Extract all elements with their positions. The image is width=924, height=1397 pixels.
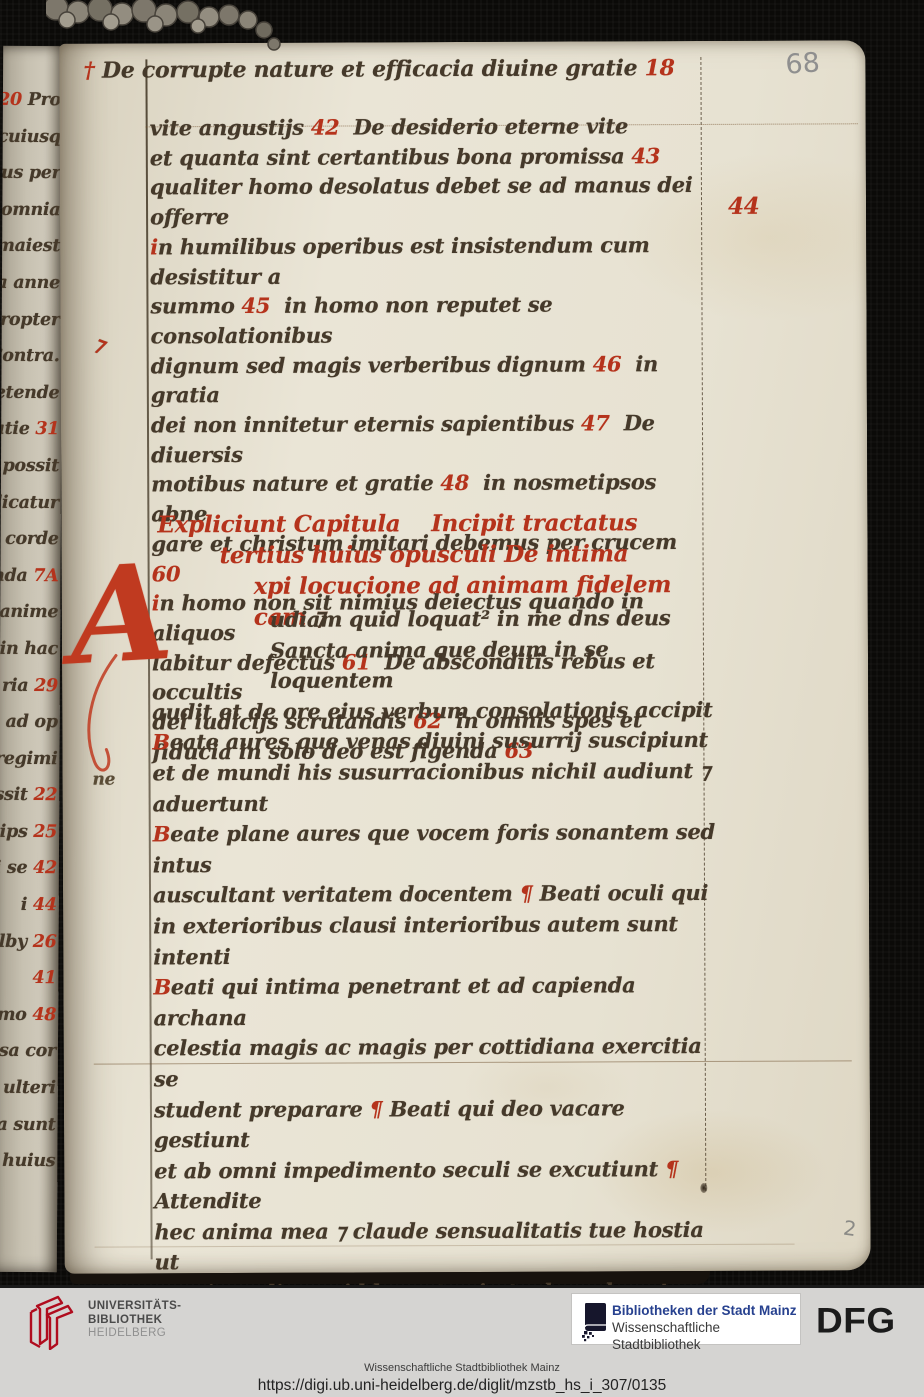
manuscript-text-line: de omnia bbox=[0, 191, 62, 229]
manuscript-text-line: lui se 42 bbox=[0, 849, 59, 887]
body-text: udiam quid loquat² in me dns deusSancta … bbox=[152, 603, 721, 1340]
manuscript-text-line: hec anima mea ⁊ claude sensualitatis tue… bbox=[154, 1215, 720, 1279]
manuscript-text-line: abdicatur bbox=[0, 484, 61, 522]
manuscript-text-line: et ab omni impedimento seculi se excutiu… bbox=[154, 1154, 720, 1218]
folio-number: 68 bbox=[784, 47, 821, 80]
heidelberg-line2: BIBLIOTHEK bbox=[88, 1314, 181, 1328]
manuscript-text-line: petende bbox=[0, 374, 61, 412]
manuscript-text-line: mo 48 bbox=[0, 996, 58, 1034]
manuscript-text-line: i possit 22 bbox=[0, 776, 59, 814]
manuscript-text-line: os maiest bbox=[0, 227, 62, 265]
manuscript-text-line: Contra. bbox=[0, 337, 62, 375]
manuscript-text-line: vite angustijs 42 De desiderio eterne vi… bbox=[150, 111, 706, 143]
manuscript-text-line: auscultant veritatem docentem ¶ Beati oc… bbox=[153, 878, 719, 911]
manuscript-text-line: Beate aures que venas diuini susurrij su… bbox=[152, 725, 718, 758]
heidelberg-line3: HEIDELBERG bbox=[88, 1327, 181, 1341]
manuscript-text-line: g in hac bbox=[0, 630, 60, 668]
manuscript-text-line: quibus per bbox=[0, 154, 63, 192]
manuscript-text-line: su ad op bbox=[0, 703, 60, 741]
manuscript-text-line: ilby 26 bbox=[0, 923, 59, 961]
manuscript-text-line: s et huius bbox=[0, 1142, 57, 1180]
manuscript-text-line: et de mundi his susurracionibus nichil a… bbox=[152, 756, 718, 820]
manuscript-text-line: in humilibus operibus est insistendum cu… bbox=[150, 230, 706, 292]
manuscript-text-line: et quanta sint certantibus bona promissa… bbox=[150, 141, 706, 173]
manuscript-text-line: tertius huius opusculi De intima bbox=[219, 538, 717, 571]
manuscript-text-line: summo 45 in homo non reputet se consolat… bbox=[150, 289, 706, 351]
mainz-book-icon bbox=[580, 1301, 608, 1348]
strip-text: 20 Prode cuiusqquibus perde omniaos maie… bbox=[0, 81, 63, 1180]
manuscript-text-line: qualiter homo desolatus debet se ad manu… bbox=[150, 170, 706, 232]
facing-page-edge: 20 Prode cuiusqquibus perde omniaos maie… bbox=[0, 46, 63, 1272]
image-url: https://digi.ub.uni-heidelberg.de/diglit… bbox=[0, 1377, 924, 1395]
manuscript-text-line: rguit ulteri bbox=[0, 1069, 58, 1107]
manuscript-text-line: student preparare ¶ Beati qui deo vacare… bbox=[154, 1092, 720, 1156]
manuscript-text-line: audit et de ore eius verbum consolationi… bbox=[152, 695, 718, 728]
manuscript-text-line: vita sunt bbox=[0, 1106, 58, 1144]
corner-pencil-mark: 2 bbox=[842, 1216, 858, 1241]
mainz-line2: Wissenschaftliche Stadtbibliothek bbox=[612, 1319, 800, 1353]
manuscript-text-line: Beate plane aures que vocem foris sonant… bbox=[153, 817, 719, 881]
heidelberg-books-icon bbox=[24, 1294, 82, 1355]
manuscript-text-line: gratie 31 bbox=[0, 410, 61, 448]
manuscript-text-line: udiam quid loquat² in me dns deus bbox=[270, 603, 718, 636]
manuscript-text-line: denda 7A bbox=[0, 557, 61, 595]
manuscript-text-line: Expliciunt Capitula Incipit tractatus bbox=[157, 507, 717, 540]
manuscript-text-line: mo regimi bbox=[0, 740, 60, 778]
manuscript-text-line: am anime bbox=[0, 593, 60, 631]
caption-text: Wissenschaftliche Stadtbibliothek Mainz bbox=[0, 1362, 924, 1374]
manuscript-text-line: i propter bbox=[0, 301, 62, 339]
mainz-line1: Bibliotheken der Stadt Mainz bbox=[612, 1302, 800, 1319]
gutter-red-mark: ⁊ bbox=[91, 331, 108, 357]
manuscript-text-line: ator possit bbox=[0, 447, 61, 485]
manuscript-text-line: 41 bbox=[0, 959, 58, 997]
manuscript-text-line: in exterioribus clausi interioribus aute… bbox=[153, 909, 719, 973]
manuscript-text-line: ria 29 bbox=[0, 667, 60, 705]
manuscript-text-line: 20 Pro bbox=[0, 81, 63, 119]
heidelberg-logo: UNIVERSITÄTS- BIBLIOTHEK HEIDELBERG bbox=[88, 1300, 181, 1341]
manuscript-text-line: Sancta anima que deum in se loquentem bbox=[270, 633, 718, 696]
manuscript-text-line: Beati qui intima penetrant et ad capiend… bbox=[153, 970, 719, 1034]
margin-note: ne bbox=[92, 770, 115, 790]
footer-bar: UNIVERSITÄTS- BIBLIOTHEK HEIDELBERG Bibl… bbox=[0, 1285, 924, 1397]
manuscript-text-line: i 44 bbox=[0, 886, 59, 924]
manuscript-text-line: i capsa cor bbox=[0, 1032, 58, 1070]
manuscript-text-line: dei non innitetur eternis sapientibus 47… bbox=[151, 408, 707, 470]
manuscript-text-line: de cuiusq bbox=[0, 118, 63, 156]
heidelberg-line1: UNIVERSITÄTS- bbox=[88, 1300, 181, 1314]
endband-braid-icon bbox=[46, 0, 286, 62]
dfg-logo: DFG bbox=[816, 1301, 896, 1341]
mainz-logo: Bibliotheken der Stadt Mainz Wissenschaf… bbox=[572, 1294, 800, 1344]
manuscript-text-line: celestia magis ac magis per cottidiana e… bbox=[154, 1031, 720, 1095]
manuscript-text-line: cips 25 bbox=[0, 813, 59, 851]
margin-chapter-number: 44 bbox=[728, 193, 760, 220]
manuscript-text-line: ute corde bbox=[0, 520, 61, 558]
manuscript-text-line: ata anne bbox=[0, 264, 62, 302]
manuscript-page: † De corrupte nature et efficacia diuine… bbox=[59, 40, 870, 1274]
manuscript-text-line: dignum sed magis verberibus dignum 46 in… bbox=[151, 349, 707, 411]
